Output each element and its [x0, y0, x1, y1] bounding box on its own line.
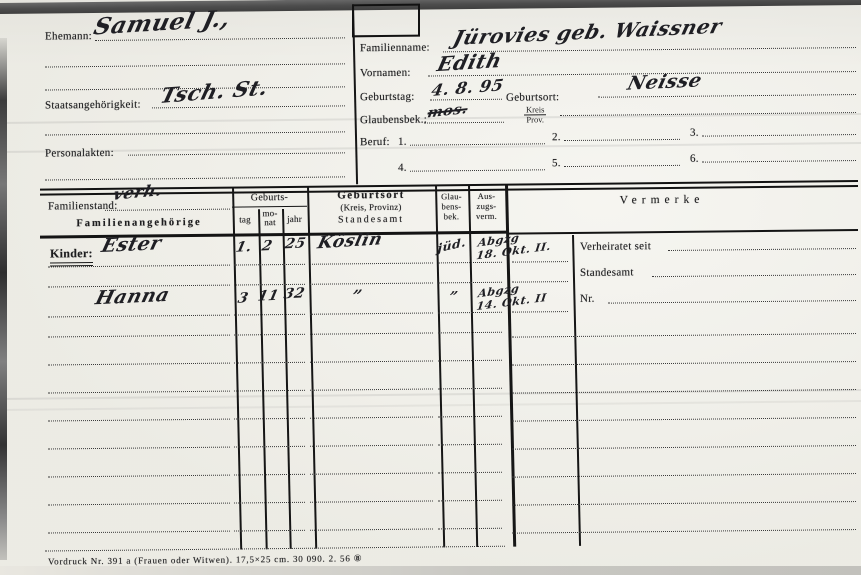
familienname-value-handwritten: Jürovies geb. Waissner — [451, 16, 724, 49]
dotted-line — [608, 300, 856, 304]
dotted-line — [443, 47, 856, 52]
dotted-line — [438, 332, 502, 334]
child-1-geburtsort-handwritten: Köslin — [315, 231, 384, 253]
dotted-line — [234, 502, 305, 504]
dotted-line — [234, 446, 305, 448]
dotted-line — [438, 500, 502, 502]
dotted-line — [48, 419, 230, 422]
vermerke-inner-line — [572, 235, 581, 546]
column-header-familienangehoerige: Familienangehörige — [48, 217, 230, 230]
dotted-line — [234, 362, 305, 364]
dotted-line — [45, 546, 505, 552]
dotted-line — [310, 332, 433, 334]
dotted-line — [48, 447, 230, 450]
geburtstag-value-handwritten: 4. 8. 95 — [430, 77, 505, 99]
dotted-line — [234, 334, 305, 336]
column-header-geburtsort: Geburtsort — [307, 188, 435, 201]
dotted-line — [48, 503, 230, 506]
standesamt-label: Standesamt — [580, 266, 634, 279]
dotted-line — [45, 63, 345, 67]
vornamen-value-handwritten: Edith — [435, 50, 504, 75]
column-header-kreis-provinz: (Kreis, Provinz) — [307, 201, 435, 212]
dotted-line — [438, 528, 502, 530]
column-line — [258, 209, 267, 549]
dotted-line — [438, 472, 502, 474]
beruf-4-label: 4. — [398, 162, 407, 174]
child-2-glaubensbek-ditto: ” — [447, 290, 459, 305]
child-2-name-handwritten: Hanna — [93, 286, 171, 309]
dotted-line — [310, 312, 433, 314]
column-header-auszugsverm: Aus- zugs- verm. — [468, 191, 505, 221]
dotted-line — [310, 500, 433, 502]
dotted-line — [310, 262, 433, 264]
dotted-line — [438, 444, 502, 446]
column-line — [468, 185, 478, 547]
dotted-line — [48, 335, 230, 338]
dotted-line — [512, 445, 856, 450]
dotted-line — [48, 315, 230, 318]
dotted-line — [424, 122, 504, 124]
scan-left-edge — [0, 38, 7, 560]
dotted-line — [310, 416, 433, 418]
ehemann-label: Ehemann: — [45, 30, 92, 42]
staatsangehoerigkeit-label: Staatsangehörigkeit: — [45, 99, 141, 112]
beruf-6-label: 6. — [690, 153, 699, 165]
scan-bottom-edge — [0, 566, 861, 575]
dotted-line — [512, 333, 856, 338]
dotted-line — [48, 475, 230, 478]
child-2-auszugsverm-handwritten: Abgzg 14. Okt. II — [476, 278, 550, 313]
card-content: Ehemann: Samuel J., Staatsangehörigkeit:… — [0, 0, 861, 575]
dotted-line — [438, 388, 502, 390]
dotted-line — [310, 528, 433, 530]
dotted-line — [512, 361, 856, 366]
child-1-name-handwritten: Ester — [99, 234, 163, 257]
dotted-line — [105, 209, 230, 211]
dotted-line — [310, 472, 433, 474]
dotted-line — [310, 282, 433, 284]
dotted-line — [652, 274, 856, 277]
dotted-line — [564, 139, 680, 141]
dotted-line — [668, 248, 856, 251]
dotted-line — [310, 444, 433, 446]
column-header-glaubensbek: Glau- bens- bek. — [435, 191, 468, 221]
column-header-tag: tag — [232, 214, 258, 224]
geburtstag-label: Geburtstag: — [360, 91, 415, 104]
dotted-line — [45, 131, 345, 135]
dotted-line — [234, 474, 305, 476]
prov-label: Prov. — [524, 115, 546, 124]
dotted-line — [702, 160, 856, 163]
nr-label: Nr. — [580, 293, 595, 305]
child-2-tag-handwritten: 3 — [236, 291, 249, 306]
beruf-2-label: 2. — [552, 131, 561, 143]
dotted-line — [48, 363, 230, 366]
dotted-line — [430, 99, 502, 101]
dotted-line — [234, 530, 305, 532]
dotted-line — [48, 391, 230, 394]
geburtsort-label: Geburtsort: — [506, 91, 559, 104]
dotted-line — [512, 529, 856, 534]
dotted-line — [438, 416, 502, 418]
dotted-line — [234, 314, 305, 316]
vornamen-label: Vornamen: — [360, 67, 411, 80]
vermerke-header-bottom-border — [508, 229, 858, 234]
familienname-label: Familienname: — [360, 41, 430, 54]
child-1-monat-handwritten: 2 — [260, 239, 273, 254]
beruf-5-label: 5. — [552, 157, 561, 169]
dotted-line — [512, 501, 856, 506]
dotted-line — [702, 134, 856, 137]
dotted-line — [234, 418, 305, 420]
dotted-line — [438, 360, 502, 362]
column-header-vermerke: Vermerke — [512, 192, 812, 207]
kinder-label: Kinder: — [50, 246, 93, 266]
familienstand-value-handwritten: verh. — [111, 182, 164, 203]
child-2-geburtsort-ditto: ” — [350, 288, 363, 305]
dotted-line — [512, 473, 856, 478]
dotted-line — [598, 94, 856, 98]
child-2-monat-handwritten: 11 — [256, 289, 280, 305]
scanned-registration-card: Ehemann: Samuel J., Staatsangehörigkeit:… — [0, 0, 861, 575]
child-1-glaubensbek-handwritten: jüd. — [437, 236, 466, 255]
glaubensbek-label: Glaubensbek.: — [360, 114, 427, 127]
dotted-line — [48, 531, 230, 534]
scan-streak — [0, 400, 861, 411]
dotted-line — [512, 311, 568, 313]
geburtsort-value-handwritten: Neisse — [625, 71, 704, 94]
dotted-line — [128, 152, 345, 155]
dotted-line — [45, 176, 345, 180]
dotted-line — [310, 360, 433, 362]
verheiratet-seit-label: Verheiratet seit — [580, 240, 651, 253]
dotted-line — [234, 390, 305, 392]
dotted-line — [512, 261, 568, 263]
dotted-line — [234, 264, 305, 266]
dotted-line — [564, 165, 680, 167]
kreis-prov-label: Kreis Prov. — [524, 105, 546, 124]
column-header-jahr: jahr — [282, 214, 307, 224]
child-2-jahr-handwritten: 32 — [282, 286, 306, 302]
personalakten-label: Personalakten: — [45, 147, 114, 160]
column-header-standesamt: Standesamt — [307, 213, 435, 225]
corner-stamp-box — [352, 4, 420, 38]
ehemann-value-handwritten: Samuel J., — [91, 7, 233, 40]
staatsangehoerigkeit-value-handwritten: Tsch. St. — [158, 77, 271, 107]
beruf-1-label: 1. — [398, 136, 407, 148]
beruf-label: Beruf: — [360, 136, 390, 148]
dotted-line — [410, 169, 545, 171]
beruf-3-label: 3. — [690, 127, 699, 139]
column-line — [307, 187, 317, 549]
column-line — [282, 209, 291, 549]
child-1-jahr-handwritten: 25 — [283, 236, 307, 252]
column-header-monat: mo- nat — [258, 209, 282, 227]
dotted-line — [310, 388, 433, 390]
child-1-tag-handwritten: 1. — [234, 240, 253, 255]
dotted-line — [512, 417, 856, 422]
column-header-geburts: Geburts- — [232, 192, 307, 204]
